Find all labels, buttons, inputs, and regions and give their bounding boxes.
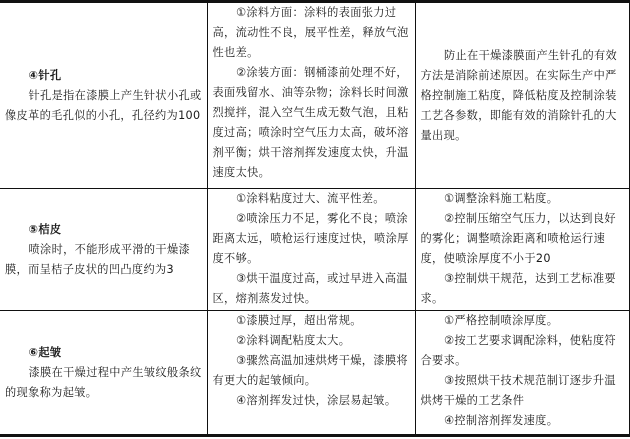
- remedy-item: ④控制溶剂挥发速度。: [421, 411, 626, 431]
- table-row-orange-peel: ⑤桔皮 喷涂时，不能形成平滑的干燥漆膜，而呈桔子皮状的凹凸度约为3 ①涂料粘度过…: [0, 189, 630, 311]
- remedy-cell-wrinkle: ①严格控制喷涂厚度。 ②按工艺要求调配涂料，使粘度符合要求。 ③按照烘干技术规范…: [415, 311, 630, 436]
- remedy-cell-pinhole: 防止在干燥漆膜面产生针孔的有效方法是消除前述原因。在实际生产中严格控制施工粘度，…: [415, 2, 630, 189]
- cause-cell-wrinkle: ①漆膜过厚，超出常规。 ②涂料调配粘度太大。 ③骤然高温加速烘烤干燥，漆膜将有更…: [207, 311, 415, 436]
- cause-item: ②涂装方面：钢桶漆前处理不好，表面残留水、油等杂物；涂料长时间激烈搅拌，混入空气…: [213, 63, 411, 183]
- cause-item: ②喷涂压力不足，雾化不良；喷涂距离太远，喷枪运行速度过快，喷涂厚度不够。: [213, 209, 411, 269]
- remedy-item: 防止在干燥漆膜面产生针孔的有效方法是消除前述原因。在实际生产中严格控制施工粘度，…: [421, 46, 626, 146]
- remedy-item: ③按照烘干技术规范制订逐步升温烘烤干燥的工艺条件: [421, 371, 626, 411]
- cause-item: ④溶剂挥发过快，涂层易起皱。: [213, 391, 411, 411]
- defect-title: ⑥起皱: [5, 343, 203, 363]
- remedy-item: ①调整涂料施工粘度。: [421, 189, 626, 209]
- remedy-item: ②控制压缩空气压力，以达到良好的雾化；调整喷涂距离和喷枪运行速度，使喷涂厚度不小…: [421, 209, 626, 269]
- paint-defects-table: ④针孔 针孔是指在漆膜上产生针状小孔或像皮革的毛孔似的小孔，孔径约为100 ①涂…: [0, 0, 630, 437]
- table-row-pinhole: ④针孔 针孔是指在漆膜上产生针状小孔或像皮革的毛孔似的小孔，孔径约为100 ①涂…: [0, 2, 630, 189]
- cause-item: ②涂料调配粘度太大。: [213, 331, 411, 351]
- cause-item: ①涂料方面：涂料的表面张力过高，流动性不良，展平性差，释放气泡性也差。: [213, 3, 411, 63]
- defect-description: 针孔是指在漆膜上产生针状小孔或像皮革的毛孔似的小孔，孔径约为100: [5, 86, 203, 126]
- defect-description: 漆膜在干燥过程中产生皱纹般条纹的现象称为起皱。: [5, 363, 203, 403]
- defect-title: ④针孔: [5, 66, 203, 86]
- defect-title: ⑤桔皮: [5, 220, 203, 240]
- remedy-item: ①严格控制喷涂厚度。: [421, 311, 626, 331]
- cause-item: ③烘干温度过高，或过早进入高温区，熔剂蒸发过快。: [213, 269, 411, 309]
- cause-item: ③骤然高温加速烘烤干燥，漆膜将有更大的起皱倾向。: [213, 351, 411, 391]
- cause-item: ①涂料粘度过大、流平性差。: [213, 189, 411, 209]
- defect-description: 喷涂时，不能形成平滑的干燥漆膜，而呈桔子皮状的凹凸度约为3: [5, 240, 203, 280]
- table-row-wrinkle: ⑥起皱 漆膜在干燥过程中产生皱纹般条纹的现象称为起皱。 ①漆膜过厚，超出常规。 …: [0, 311, 630, 436]
- remedy-item: ②按工艺要求调配涂料，使粘度符合要求。: [421, 331, 626, 371]
- cause-cell-orange-peel: ①涂料粘度过大、流平性差。 ②喷涂压力不足，雾化不良；喷涂距离太远，喷枪运行速度…: [207, 189, 415, 311]
- remedy-cell-orange-peel: ①调整涂料施工粘度。 ②控制压缩空气压力，以达到良好的雾化；调整喷涂距离和喷枪运…: [415, 189, 630, 311]
- defect-cell-wrinkle: ⑥起皱 漆膜在干燥过程中产生皱纹般条纹的现象称为起皱。: [0, 311, 207, 436]
- defect-cell-pinhole: ④针孔 针孔是指在漆膜上产生针状小孔或像皮革的毛孔似的小孔，孔径约为100: [0, 2, 207, 189]
- remedy-item: ③控制烘干规范，达到工艺标准要求。: [421, 269, 626, 309]
- cause-cell-pinhole: ①涂料方面：涂料的表面张力过高，流动性不良，展平性差，释放气泡性也差。 ②涂装方…: [207, 2, 415, 189]
- defect-cell-orange-peel: ⑤桔皮 喷涂时，不能形成平滑的干燥漆膜，而呈桔子皮状的凹凸度约为3: [0, 189, 207, 311]
- cause-item: ①漆膜过厚，超出常规。: [213, 311, 411, 331]
